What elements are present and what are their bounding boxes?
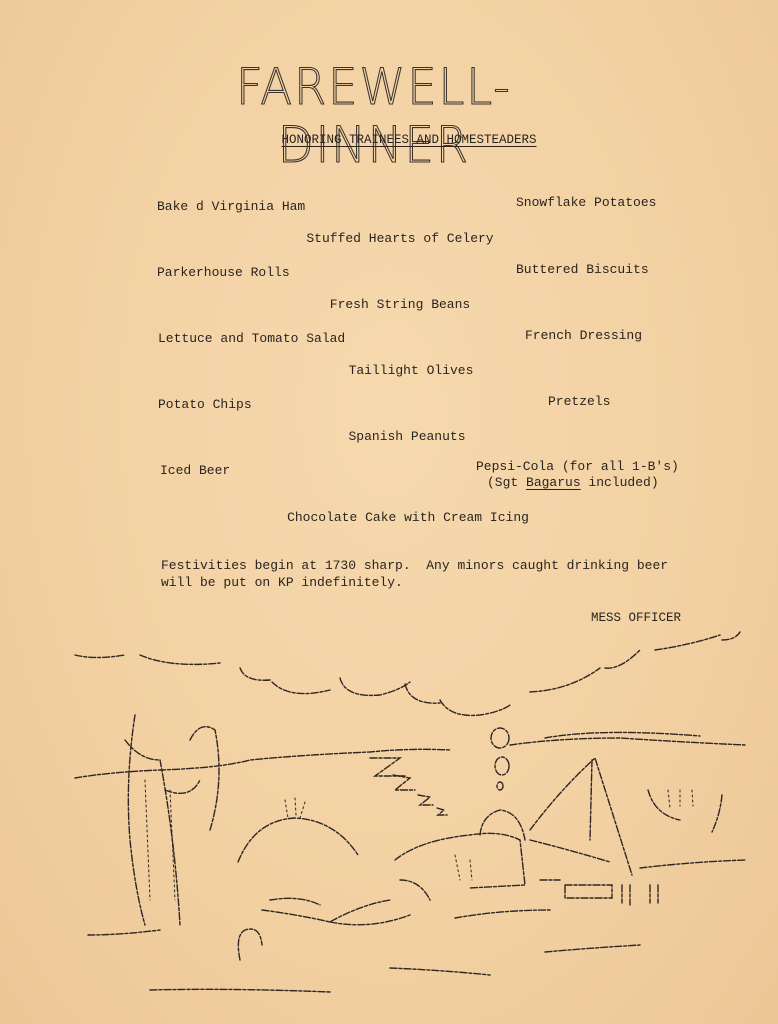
menu-page: FAREWELL-DINNER HONORING TRAINEES AND HO…	[0, 0, 778, 1024]
thought-cloud-icon	[75, 632, 740, 790]
cactus-icon	[125, 715, 219, 925]
sun-icon	[238, 798, 358, 862]
snore-zs-icon	[370, 758, 447, 815]
sleeping-soldier-icon	[238, 810, 525, 960]
tent-icon	[530, 758, 658, 905]
sleeping-soldier-illustration	[0, 0, 778, 1024]
